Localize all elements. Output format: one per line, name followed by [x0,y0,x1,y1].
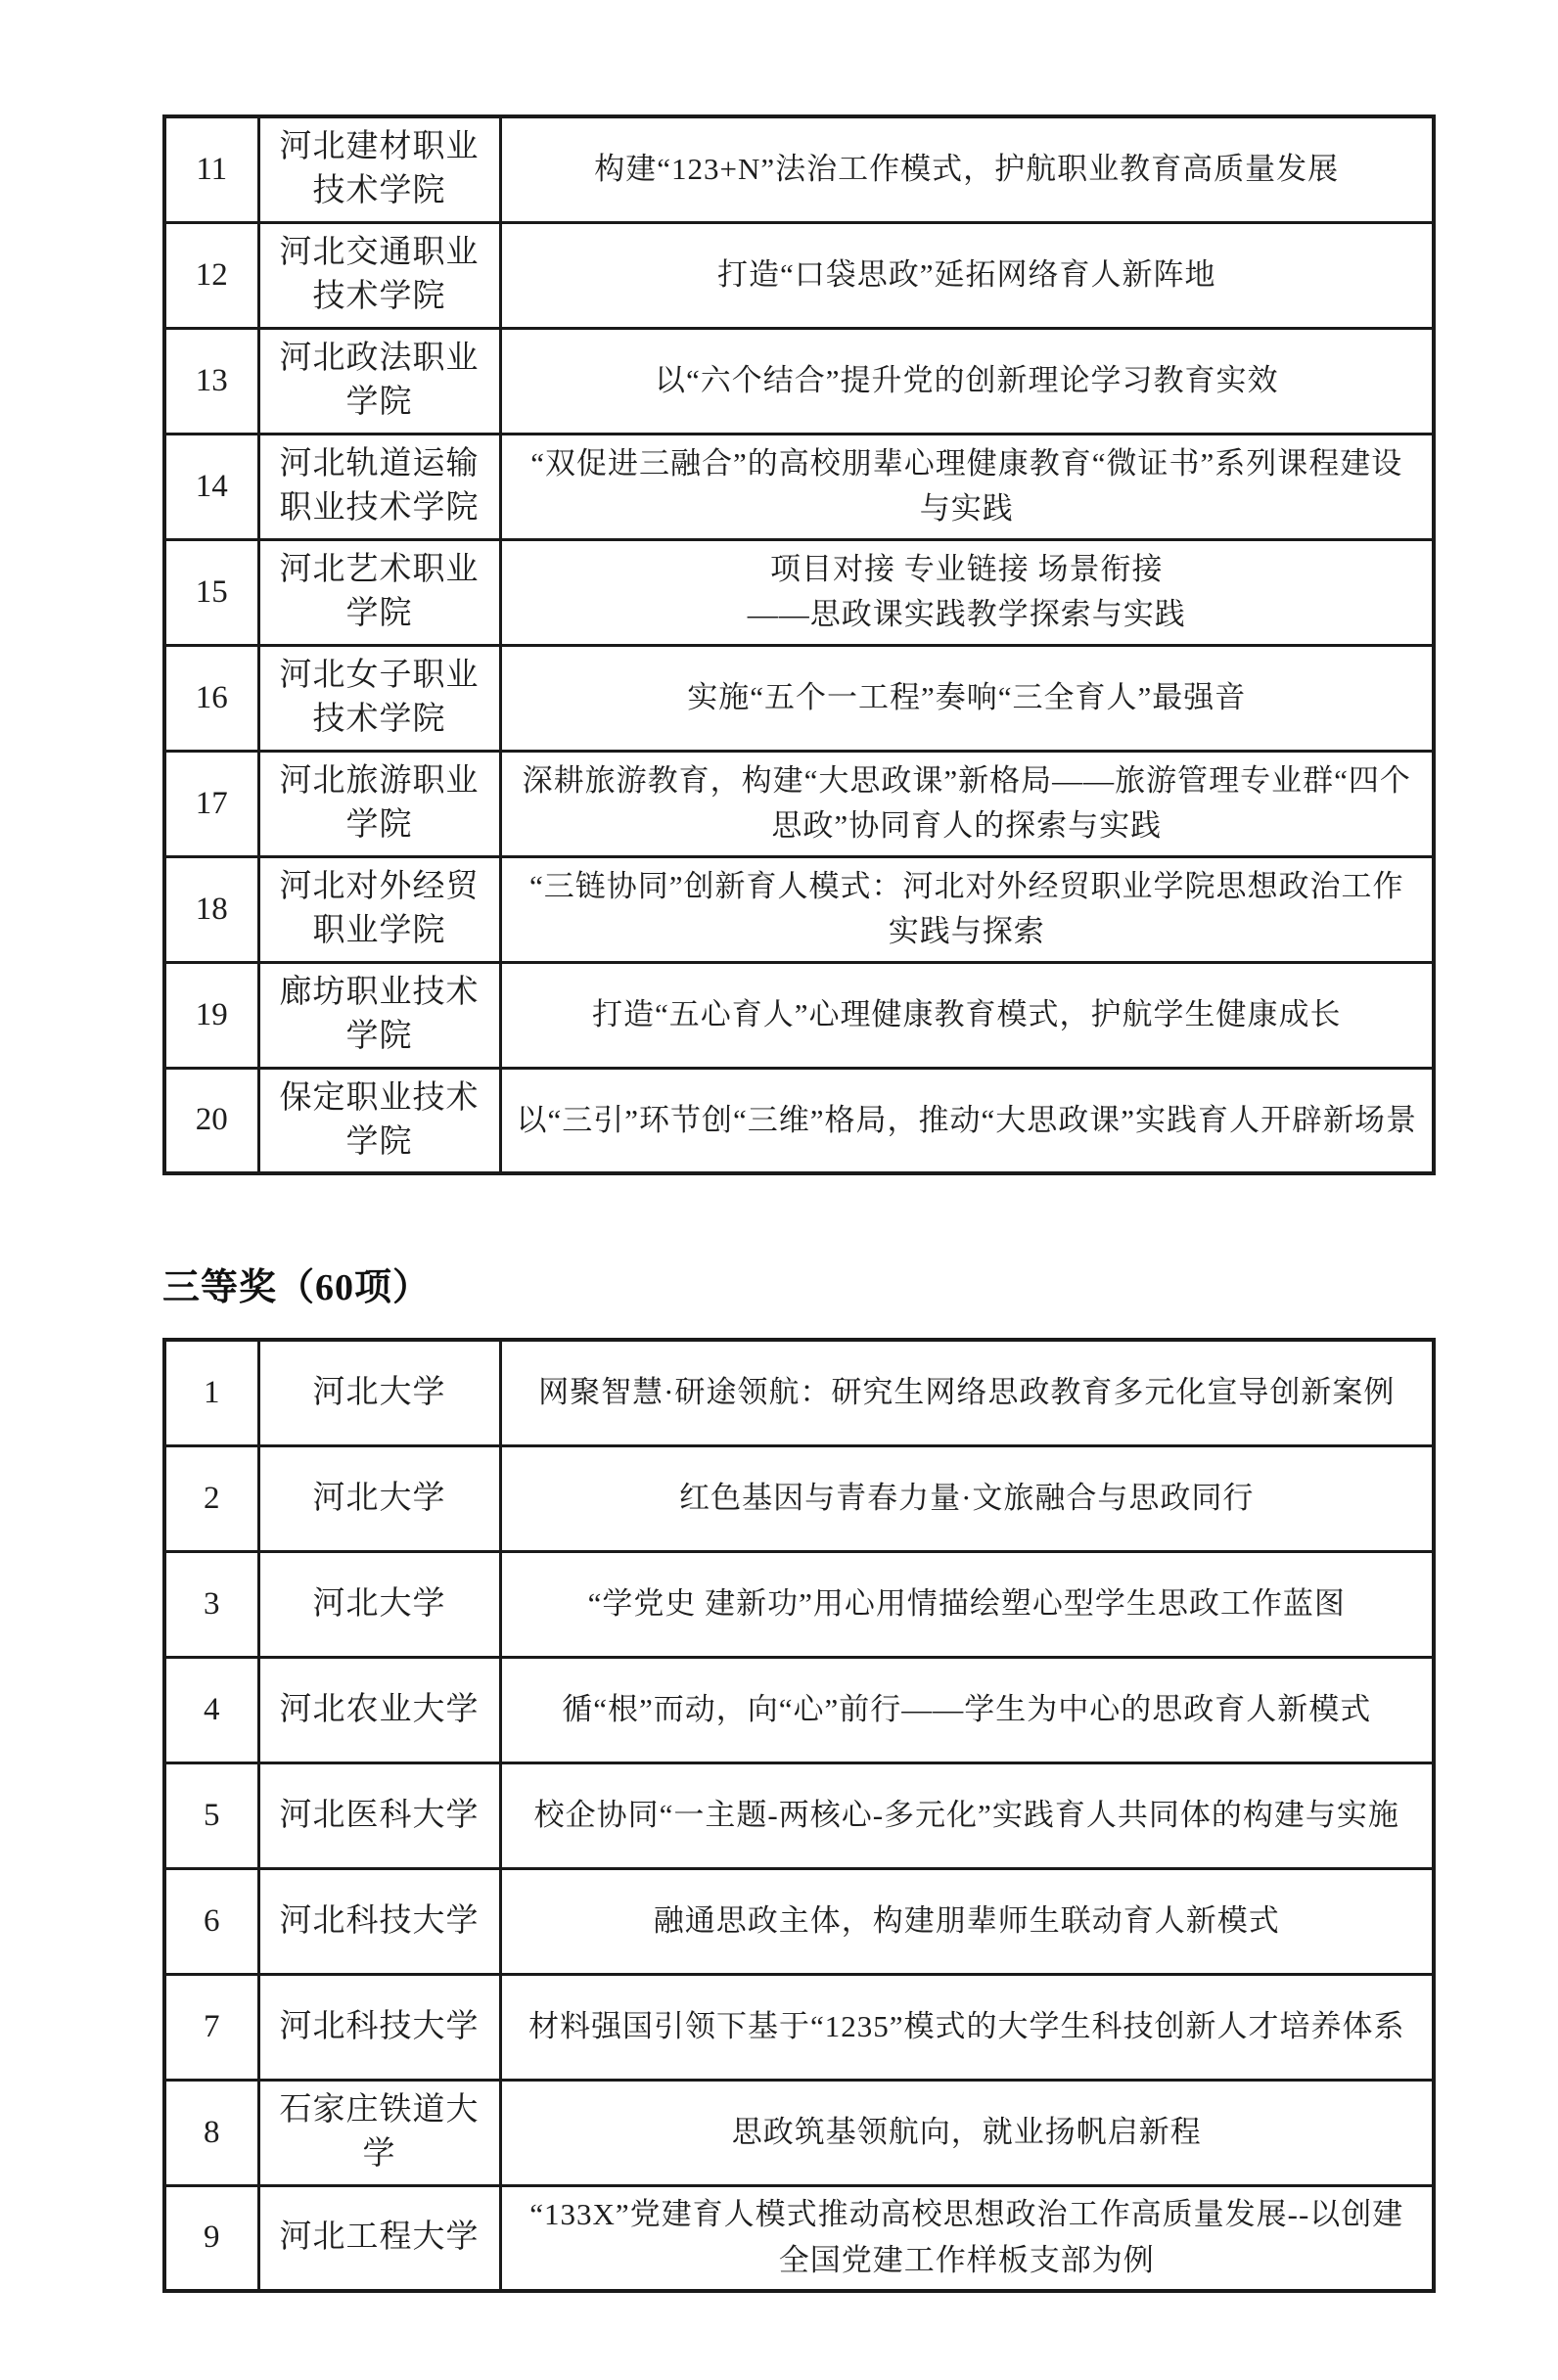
school-cell: 河北旅游职业学院 [258,751,500,856]
row-number-cell: 14 [164,434,258,539]
row-number-cell: 4 [164,1657,258,1762]
table-row: 8 石家庄铁道大学 思政筑基领航向，就业扬帆启新程 [164,2080,1434,2185]
row-number-cell: 7 [164,1974,258,2080]
school-cell: 河北艺术职业学院 [258,539,500,645]
row-number-cell: 19 [164,962,258,1068]
table-row: 9 河北工程大学 “133X”党建育人模式推动高校思想政治工作高质量发展--以创… [164,2185,1434,2291]
school-cell: 河北政法职业学院 [258,328,500,434]
table-row: 20 保定职业技术学院 以“三引”环节创“三维”格局，推动“大思政课”实践育人开… [164,1068,1434,1173]
title-cell: “三链协同”创新育人模式：河北对外经贸职业学院思想政治工作实践与探索 [500,856,1434,962]
title-cell: 以“三引”环节创“三维”格局，推动“大思政课”实践育人开辟新场景 [500,1068,1434,1173]
title-cell: 校企协同“一主题-两核心-多元化”实践育人共同体的构建与实施 [500,1762,1434,1868]
award-table-upper: 11 河北建材职业技术学院 构建“123+N”法治工作模式，护航职业教育高质量发… [162,114,1436,1175]
title-cell: 项目对接 专业链接 场景衔接 ——思政课实践教学探索与实践 [500,539,1434,645]
title-cell: 思政筑基领航向，就业扬帆启新程 [500,2080,1434,2185]
table-row: 6 河北科技大学 融通思政主体，构建朋辈师生联动育人新模式 [164,1868,1434,1974]
table-row: 13 河北政法职业学院 以“六个结合”提升党的创新理论学习教育实效 [164,328,1434,434]
school-cell: 河北大学 [258,1445,500,1551]
row-number-cell: 8 [164,2080,258,2185]
school-cell: 河北交通职业技术学院 [258,222,500,328]
title-cell: “学党史 建新功”用心用情描绘塑心型学生思政工作蓝图 [500,1551,1434,1657]
table-row: 11 河北建材职业技术学院 构建“123+N”法治工作模式，护航职业教育高质量发… [164,116,1434,222]
table-row: 19 廊坊职业技术学院 打造“五心育人”心理健康教育模式，护航学生健康成长 [164,962,1434,1068]
school-cell: 河北建材职业技术学院 [258,116,500,222]
table-row: 15 河北艺术职业学院 项目对接 专业链接 场景衔接 ——思政课实践教学探索与实… [164,539,1434,645]
title-cell: 实施“五个一工程”奏响“三全育人”最强音 [500,645,1434,751]
table-row: 18 河北对外经贸职业学院 “三链协同”创新育人模式：河北对外经贸职业学院思想政… [164,856,1434,962]
school-cell: 河北女子职业技术学院 [258,645,500,751]
title-cell: “双促进三融合”的高校朋辈心理健康教育“微证书”系列课程建设与实践 [500,434,1434,539]
title-cell: 打造“口袋思政”延拓网络育人新阵地 [500,222,1434,328]
school-cell: 河北工程大学 [258,2185,500,2291]
table-row: 1 河北大学 网聚智慧·研途领航：研究生网络思政教育多元化宣导创新案例 [164,1340,1434,1445]
row-number-cell: 2 [164,1445,258,1551]
row-number-cell: 11 [164,116,258,222]
row-number-cell: 13 [164,328,258,434]
document-page: 11 河北建材职业技术学院 构建“123+N”法治工作模式，护航职业教育高质量发… [0,0,1558,2380]
school-cell: 廊坊职业技术学院 [258,962,500,1068]
school-cell: 河北科技大学 [258,1974,500,2080]
school-cell: 保定职业技术学院 [258,1068,500,1173]
school-cell: 石家庄铁道大学 [258,2080,500,2185]
section-heading-third-prize: 三等奖（60项） [162,1257,431,1310]
school-cell: 河北大学 [258,1551,500,1657]
row-number-cell: 5 [164,1762,258,1868]
row-number-cell: 18 [164,856,258,962]
row-number-cell: 6 [164,1868,258,1974]
row-number-cell: 3 [164,1551,258,1657]
row-number-cell: 20 [164,1068,258,1173]
title-cell: 循“根”而动，向“心”前行——学生为中心的思政育人新模式 [500,1657,1434,1762]
row-number-cell: 17 [164,751,258,856]
table-row: 7 河北科技大学 材料强国引领下基于“1235”模式的大学生科技创新人才培养体系 [164,1974,1434,2080]
title-cell: 融通思政主体，构建朋辈师生联动育人新模式 [500,1868,1434,1974]
school-cell: 河北科技大学 [258,1868,500,1974]
school-cell: 河北轨道运输职业技术学院 [258,434,500,539]
title-cell: 网聚智慧·研途领航：研究生网络思政教育多元化宣导创新案例 [500,1340,1434,1445]
table-row: 2 河北大学 红色基因与青春力量·文旅融合与思政同行 [164,1445,1434,1551]
school-cell: 河北对外经贸职业学院 [258,856,500,962]
row-number-cell: 9 [164,2185,258,2291]
table-row: 16 河北女子职业技术学院 实施“五个一工程”奏响“三全育人”最强音 [164,645,1434,751]
table-row: 3 河北大学 “学党史 建新功”用心用情描绘塑心型学生思政工作蓝图 [164,1551,1434,1657]
row-number-cell: 16 [164,645,258,751]
title-cell: 深耕旅游教育，构建“大思政课”新格局——旅游管理专业群“四个思政”协同育人的探索… [500,751,1434,856]
row-number-cell: 12 [164,222,258,328]
table-row: 4 河北农业大学 循“根”而动，向“心”前行——学生为中心的思政育人新模式 [164,1657,1434,1762]
row-number-cell: 15 [164,539,258,645]
third-prize-table: 1 河北大学 网聚智慧·研途领航：研究生网络思政教育多元化宣导创新案例 2 河北… [162,1338,1436,2293]
table-row: 12 河北交通职业技术学院 打造“口袋思政”延拓网络育人新阵地 [164,222,1434,328]
school-cell: 河北农业大学 [258,1657,500,1762]
table-row: 5 河北医科大学 校企协同“一主题-两核心-多元化”实践育人共同体的构建与实施 [164,1762,1434,1868]
table-row: 17 河北旅游职业学院 深耕旅游教育，构建“大思政课”新格局——旅游管理专业群“… [164,751,1434,856]
title-cell: 材料强国引领下基于“1235”模式的大学生科技创新人才培养体系 [500,1974,1434,2080]
title-cell: 构建“123+N”法治工作模式，护航职业教育高质量发展 [500,116,1434,222]
title-cell: 以“六个结合”提升党的创新理论学习教育实效 [500,328,1434,434]
title-cell: “133X”党建育人模式推动高校思想政治工作高质量发展--以创建全国党建工作样板… [500,2185,1434,2291]
table-row: 14 河北轨道运输职业技术学院 “双促进三融合”的高校朋辈心理健康教育“微证书”… [164,434,1434,539]
school-cell: 河北医科大学 [258,1762,500,1868]
school-cell: 河北大学 [258,1340,500,1445]
title-cell: 打造“五心育人”心理健康教育模式，护航学生健康成长 [500,962,1434,1068]
title-cell: 红色基因与青春力量·文旅融合与思政同行 [500,1445,1434,1551]
row-number-cell: 1 [164,1340,258,1445]
